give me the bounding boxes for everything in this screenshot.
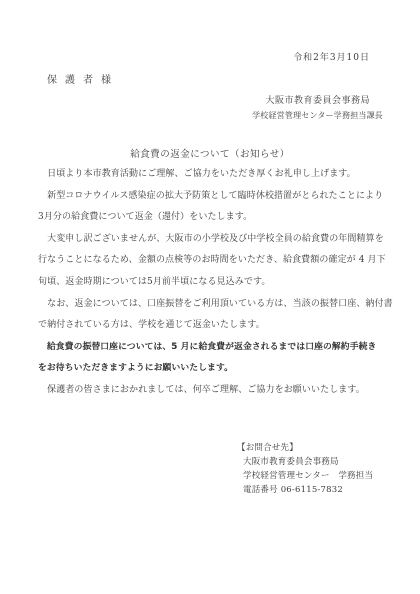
- body-line: 新型コロナウイルス感染症の拡大予防策として臨時休校措置がとられたことにより: [38, 186, 383, 208]
- contact-phone: 電話番号 06-6115-7832: [237, 483, 373, 497]
- body-line: 日頃より本市教育活動にご理解、ご協力をいただき厚くお礼申し上げます。: [38, 164, 383, 186]
- paragraph-schedule: 大変申し訳ございませんが、大阪市の小学校及び中学校全員の給食費の年間精算を 行な…: [38, 229, 383, 294]
- paragraph-greeting: 日頃より本市教育活動にご理解、ご協力をいただき厚くお礼申し上げます。: [38, 164, 383, 186]
- sender-organization: 大阪市教育委員会事務局: [265, 93, 370, 106]
- body-line: をお待ちいただきますようにお願いいたします。: [38, 358, 383, 380]
- body-line: 給食費の振替口座については、5 月に給食費が返金されるまでは口座の解約手続き: [38, 337, 383, 359]
- contact-heading: 【お問合せ先】: [237, 441, 373, 455]
- paragraph-account-warning: 給食費の振替口座については、5 月に給食費が返金されるまでは口座の解約手続き を…: [38, 337, 383, 380]
- sender-title: 学校経営管理センター学務担当課長: [252, 110, 383, 121]
- contact-block: 【お問合せ先】 大阪市教育委員会事務局 学校経営管理センター 学務担当 電話番号…: [237, 441, 373, 497]
- contact-department: 学校経営管理センター 学務担当: [237, 469, 373, 483]
- body-line: 大変申し訳ございませんが、大阪市の小学校及び中学校全員の給食費の年間精算を: [38, 229, 383, 251]
- addressee: 保護者様: [47, 71, 119, 86]
- body-line: 保護者の皆さまにおかれましては、何卒ご理解、ご協力をお願いいたします。: [38, 380, 383, 402]
- document-date: 令和2年3月10日: [293, 50, 370, 63]
- document-page: 令和2年3月10日 保護者様 大阪市教育委員会事務局 学校経営管理センター学務担…: [0, 0, 420, 594]
- contact-organization: 大阪市教育委員会事務局: [237, 455, 373, 469]
- document-title: 給食費の返金について（お知らせ）: [0, 146, 420, 160]
- body-line: なお、返金については、口座振替をご利用頂いている方は、当該の振替口座、納付書: [38, 294, 383, 316]
- body-line: 旬頃、返金時期については5月前半頃になる見込みです。: [38, 272, 383, 294]
- paragraph-closing: 保護者の皆さまにおかれましては、何卒ご理解、ご協力をお願いいたします。: [38, 380, 383, 402]
- body-line: 3月分の給食費について返金（還付）をいたします。: [38, 207, 383, 229]
- paragraph-refund-notice: 新型コロナウイルス感染症の拡大予防策として臨時休校措置がとられたことにより 3月…: [38, 186, 383, 229]
- document-body: 日頃より本市教育活動にご理解、ご協力をいただき厚くお礼申し上げます。 新型コロナ…: [38, 164, 383, 402]
- body-line: で納付されている方は、学校を通じて返金いたします。: [38, 315, 383, 337]
- body-line: 行なうことになるため、金額の点検等のお時間をいただき、給食費額の確定が 4 月下: [38, 250, 383, 272]
- paragraph-refund-method: なお、返金については、口座振替をご利用頂いている方は、当該の振替口座、納付書 で…: [38, 294, 383, 337]
